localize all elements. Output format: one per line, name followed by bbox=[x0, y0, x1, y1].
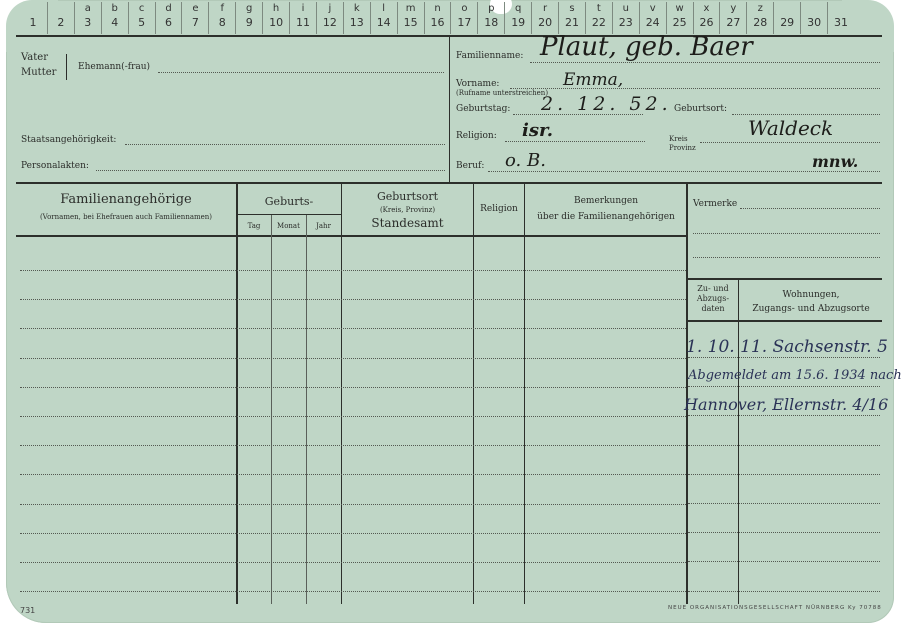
index-tab-letter bbox=[20, 2, 46, 15]
index-tab-number: 19 bbox=[505, 15, 531, 31]
table-row[interactable] bbox=[20, 270, 686, 271]
index-tab-number: 3 bbox=[75, 15, 101, 31]
wohnung-row[interactable] bbox=[688, 532, 880, 533]
index-tab-letter: c bbox=[129, 2, 155, 15]
index-tab: y27 bbox=[719, 2, 746, 34]
form-number: 731 bbox=[20, 606, 35, 615]
index-tab-number: 5 bbox=[129, 15, 155, 31]
index-tab-letter: a bbox=[75, 2, 101, 15]
index-tab-letter: t bbox=[586, 2, 612, 15]
index-tab: o17 bbox=[450, 2, 477, 34]
col-divider bbox=[473, 184, 474, 604]
index-tab-number: 20 bbox=[532, 15, 558, 31]
wohnung-row[interactable] bbox=[688, 503, 880, 504]
wohnung-row[interactable] bbox=[688, 561, 880, 562]
table-row[interactable] bbox=[20, 504, 686, 505]
beruf-field[interactable] bbox=[488, 171, 880, 172]
index-tab-number: 18 bbox=[478, 15, 504, 31]
col-divider bbox=[686, 184, 688, 604]
index-tab: f8 bbox=[208, 2, 235, 34]
index-tab-number: 6 bbox=[156, 15, 182, 31]
index-tab: 1 bbox=[20, 2, 46, 34]
table-row[interactable] bbox=[20, 387, 686, 388]
geburtsort-note: (Kreis, Provinz) bbox=[342, 206, 473, 214]
staatsangehoerigkeit-label: Staatsangehörigkeit: bbox=[21, 135, 116, 145]
familienname-value: Plaut, geb. Baer bbox=[540, 32, 753, 62]
index-tab-letter: e bbox=[182, 2, 208, 15]
index-tab: j12 bbox=[316, 2, 343, 34]
index-tab-number: 31 bbox=[828, 15, 854, 31]
index-tab: h10 bbox=[262, 2, 289, 34]
index-tab-number: 25 bbox=[667, 15, 693, 31]
index-tab-letter: d bbox=[156, 2, 182, 15]
index-tab: n16 bbox=[424, 2, 451, 34]
wohnung-row[interactable] bbox=[688, 386, 880, 387]
wohnung-row[interactable] bbox=[688, 445, 880, 446]
index-tab-number: 8 bbox=[209, 15, 235, 31]
index-tab: b4 bbox=[101, 2, 128, 34]
index-tab-number: 13 bbox=[344, 15, 370, 31]
index-tab-letter bbox=[828, 2, 854, 15]
index-tab-letter: u bbox=[613, 2, 639, 15]
wohnung-entry: 1. 10. 11. Sachsenstr. 5 bbox=[686, 337, 888, 357]
vorname-label: Vorname: bbox=[456, 79, 499, 89]
geburts-underline bbox=[237, 214, 341, 215]
wohnung-entry: Hannover, Ellernstr. 4/16 bbox=[684, 395, 888, 414]
wohnungen-header: Wohnungen, Zugangs- und Abzugsorte bbox=[740, 288, 882, 316]
geburtsort-label: Geburtsort: bbox=[674, 104, 727, 114]
index-tab: i11 bbox=[289, 2, 316, 34]
index-tab-number: 7 bbox=[182, 15, 208, 31]
index-tab-number: 28 bbox=[747, 15, 773, 31]
index-tab-letter: m bbox=[398, 2, 424, 15]
index-tab-number: 14 bbox=[371, 15, 397, 31]
index-tab-number: 1 bbox=[20, 15, 46, 31]
index-tab: l14 bbox=[370, 2, 397, 34]
wohnung-row[interactable] bbox=[688, 474, 880, 475]
index-tab-number: 23 bbox=[613, 15, 639, 31]
col-divider bbox=[306, 215, 307, 604]
table-row[interactable] bbox=[20, 358, 686, 359]
familienangehoerige-header: Familienangehörige bbox=[16, 192, 236, 207]
index-tab-letter: y bbox=[720, 2, 746, 15]
vermerke-field[interactable] bbox=[693, 257, 880, 258]
familienname-label: Familienname: bbox=[456, 51, 523, 61]
vorname-note: (Rufname unterstreichen) bbox=[456, 89, 548, 97]
bemerkungen-subheader: über die Familienangehörigen bbox=[525, 212, 687, 222]
index-tab-number: 12 bbox=[317, 15, 343, 31]
top-divider bbox=[449, 36, 450, 182]
index-tab-number: 26 bbox=[694, 15, 720, 31]
index-tab: w25 bbox=[666, 2, 693, 34]
index-tab-letter: q bbox=[505, 2, 531, 15]
index-tab: p18 bbox=[477, 2, 504, 34]
index-tab-number: 2 bbox=[48, 15, 74, 31]
vater-label: Vater bbox=[21, 52, 48, 63]
zu-abzugs-line: daten bbox=[688, 304, 738, 314]
index-tab-letter: b bbox=[102, 2, 128, 15]
index-tab-number: 21 bbox=[559, 15, 585, 31]
index-tab-number: 9 bbox=[236, 15, 262, 31]
table-header-rule bbox=[16, 235, 687, 237]
index-tab-letter: o bbox=[451, 2, 477, 15]
index-tab: q19 bbox=[504, 2, 531, 34]
zu-abzugs-header: Zu- und Abzugs- daten bbox=[688, 284, 738, 314]
zu-abzugs-line: Abzugs- bbox=[688, 294, 738, 304]
kreis-field[interactable] bbox=[700, 142, 880, 143]
index-tab-letter: s bbox=[559, 2, 585, 15]
religion-value: isr. bbox=[522, 120, 553, 141]
index-tab: a3 bbox=[74, 2, 101, 34]
index-tab-letter: x bbox=[694, 2, 720, 15]
staatsangehoerigkeit-field[interactable] bbox=[125, 144, 445, 145]
geburtstag-value: 2. 12. 52. bbox=[541, 93, 672, 115]
personalakten-field[interactable] bbox=[96, 170, 445, 171]
tag-header: Tag bbox=[237, 222, 271, 230]
vorname-value: Emma, bbox=[563, 70, 623, 90]
publisher-imprint: NEUE ORGANISATIONSGESELLSCHAFT NÜRNBERG … bbox=[668, 605, 882, 611]
index-tab: c5 bbox=[128, 2, 155, 34]
index-tab-number: 16 bbox=[425, 15, 451, 31]
ehemann-field[interactable] bbox=[158, 72, 444, 73]
index-tab-letter: i bbox=[290, 2, 316, 15]
provinz-label: Provinz bbox=[669, 144, 696, 152]
index-tab: u23 bbox=[612, 2, 639, 34]
index-tab-letter: z bbox=[747, 2, 773, 15]
monat-header: Monat bbox=[271, 222, 306, 230]
geburtsort-value: Waldeck bbox=[748, 116, 833, 140]
vermerke-field[interactable] bbox=[740, 208, 880, 209]
index-tab-letter bbox=[774, 2, 800, 15]
index-tab-letter bbox=[48, 2, 74, 15]
religion-header: Religion bbox=[474, 204, 524, 214]
index-tab: x26 bbox=[693, 2, 720, 34]
index-tab: 2 bbox=[47, 2, 74, 34]
index-tab-letter: h bbox=[263, 2, 289, 15]
table-row[interactable] bbox=[20, 533, 686, 534]
index-tab: d6 bbox=[155, 2, 182, 34]
table-row[interactable] bbox=[20, 328, 686, 329]
index-tab-number: 10 bbox=[263, 15, 289, 31]
index-tab-letter: g bbox=[236, 2, 262, 15]
index-tab: 29 bbox=[773, 2, 800, 34]
bemerkungen-header: Bemerkungen bbox=[525, 196, 687, 206]
wohnungen-line: Zugangs- und Abzugsorte bbox=[740, 302, 882, 316]
section-rule bbox=[16, 182, 882, 184]
index-tab-letter: l bbox=[371, 2, 397, 15]
index-tab-number: 22 bbox=[586, 15, 612, 31]
card-corner bbox=[868, 0, 894, 26]
table-row[interactable] bbox=[20, 562, 686, 563]
index-tab-letter: j bbox=[317, 2, 343, 15]
geburtstag-label: Geburtstag: bbox=[456, 104, 510, 114]
wohnungen-header-rule bbox=[688, 320, 882, 322]
index-tab-number: 29 bbox=[774, 15, 800, 31]
index-tab-number: 17 bbox=[451, 15, 477, 31]
standesamt-header: Standesamt bbox=[342, 216, 473, 230]
table-row[interactable] bbox=[20, 299, 686, 300]
index-tab-letter: f bbox=[209, 2, 235, 15]
geburtsort-field[interactable] bbox=[732, 114, 880, 115]
index-tab: g9 bbox=[235, 2, 262, 34]
index-tab-number: 11 bbox=[290, 15, 316, 31]
jahr-header: Jahr bbox=[306, 222, 341, 230]
kreis-label: Kreis bbox=[669, 135, 688, 143]
col-divider bbox=[524, 184, 525, 604]
wohnungen-line: Wohnungen, bbox=[740, 288, 882, 302]
index-tab-letter: r bbox=[532, 2, 558, 15]
wohnung-entry: Abgemeldet am 15.6. 1934 nach bbox=[688, 368, 902, 383]
index-tab: v24 bbox=[639, 2, 666, 34]
table-row[interactable] bbox=[20, 416, 686, 417]
religion-label: Religion: bbox=[456, 131, 497, 141]
index-tab: 31 bbox=[827, 2, 854, 34]
zu-abzugs-line: Zu- und bbox=[688, 284, 738, 294]
wohnungen-col-divider bbox=[738, 279, 739, 604]
brace bbox=[66, 54, 69, 80]
index-tab: t22 bbox=[585, 2, 612, 34]
index-tab: 30 bbox=[800, 2, 827, 34]
vermerke-label: Vermerke bbox=[693, 199, 737, 209]
beruf-extra-value: mnw. bbox=[812, 152, 858, 171]
wohnung-row[interactable] bbox=[688, 415, 880, 416]
index-tab-letter: w bbox=[667, 2, 693, 15]
index-tab-letter: n bbox=[425, 2, 451, 15]
geburts-header: Geburts- bbox=[237, 195, 341, 208]
col-divider bbox=[236, 184, 238, 604]
table-row[interactable] bbox=[20, 474, 686, 475]
index-tab: r20 bbox=[531, 2, 558, 34]
ehemann-label: Ehemann(-frau) bbox=[78, 62, 150, 72]
mutter-label: Mutter bbox=[21, 67, 56, 78]
index-tab-letter: k bbox=[344, 2, 370, 15]
vermerke-field[interactable] bbox=[693, 233, 880, 234]
col-divider bbox=[341, 184, 342, 604]
index-tab: m15 bbox=[397, 2, 424, 34]
index-tab: z28 bbox=[746, 2, 773, 34]
index-tab: s21 bbox=[558, 2, 585, 34]
index-tab-number: 30 bbox=[801, 15, 827, 31]
index-tab-letter bbox=[801, 2, 827, 15]
wohnung-row[interactable] bbox=[688, 357, 880, 358]
beruf-label: Beruf: bbox=[456, 161, 484, 171]
col-divider bbox=[271, 215, 272, 604]
index-tab-number: 24 bbox=[640, 15, 666, 31]
geburtsort-header: Geburtsort bbox=[342, 190, 473, 203]
personalakten-label: Personalakten: bbox=[21, 161, 89, 171]
table-row[interactable] bbox=[20, 591, 686, 592]
beruf-value: o. B. bbox=[505, 150, 546, 171]
wohnung-row[interactable] bbox=[688, 591, 880, 592]
familienangehoerige-note: (Vornamen, bei Ehefrauen auch Familienna… bbox=[16, 213, 236, 221]
index-tab-number: 15 bbox=[398, 15, 424, 31]
vermerke-rule bbox=[688, 278, 882, 280]
index-tab-letter: v bbox=[640, 2, 666, 15]
index-tab-letter: p bbox=[478, 2, 504, 15]
index-tab-number: 27 bbox=[720, 15, 746, 31]
index-tab: k13 bbox=[343, 2, 370, 34]
religion-field[interactable] bbox=[505, 141, 645, 142]
familienname-field[interactable] bbox=[530, 62, 880, 63]
index-tab-number: 4 bbox=[102, 15, 128, 31]
index-tab: e7 bbox=[181, 2, 208, 34]
table-row[interactable] bbox=[20, 445, 686, 446]
